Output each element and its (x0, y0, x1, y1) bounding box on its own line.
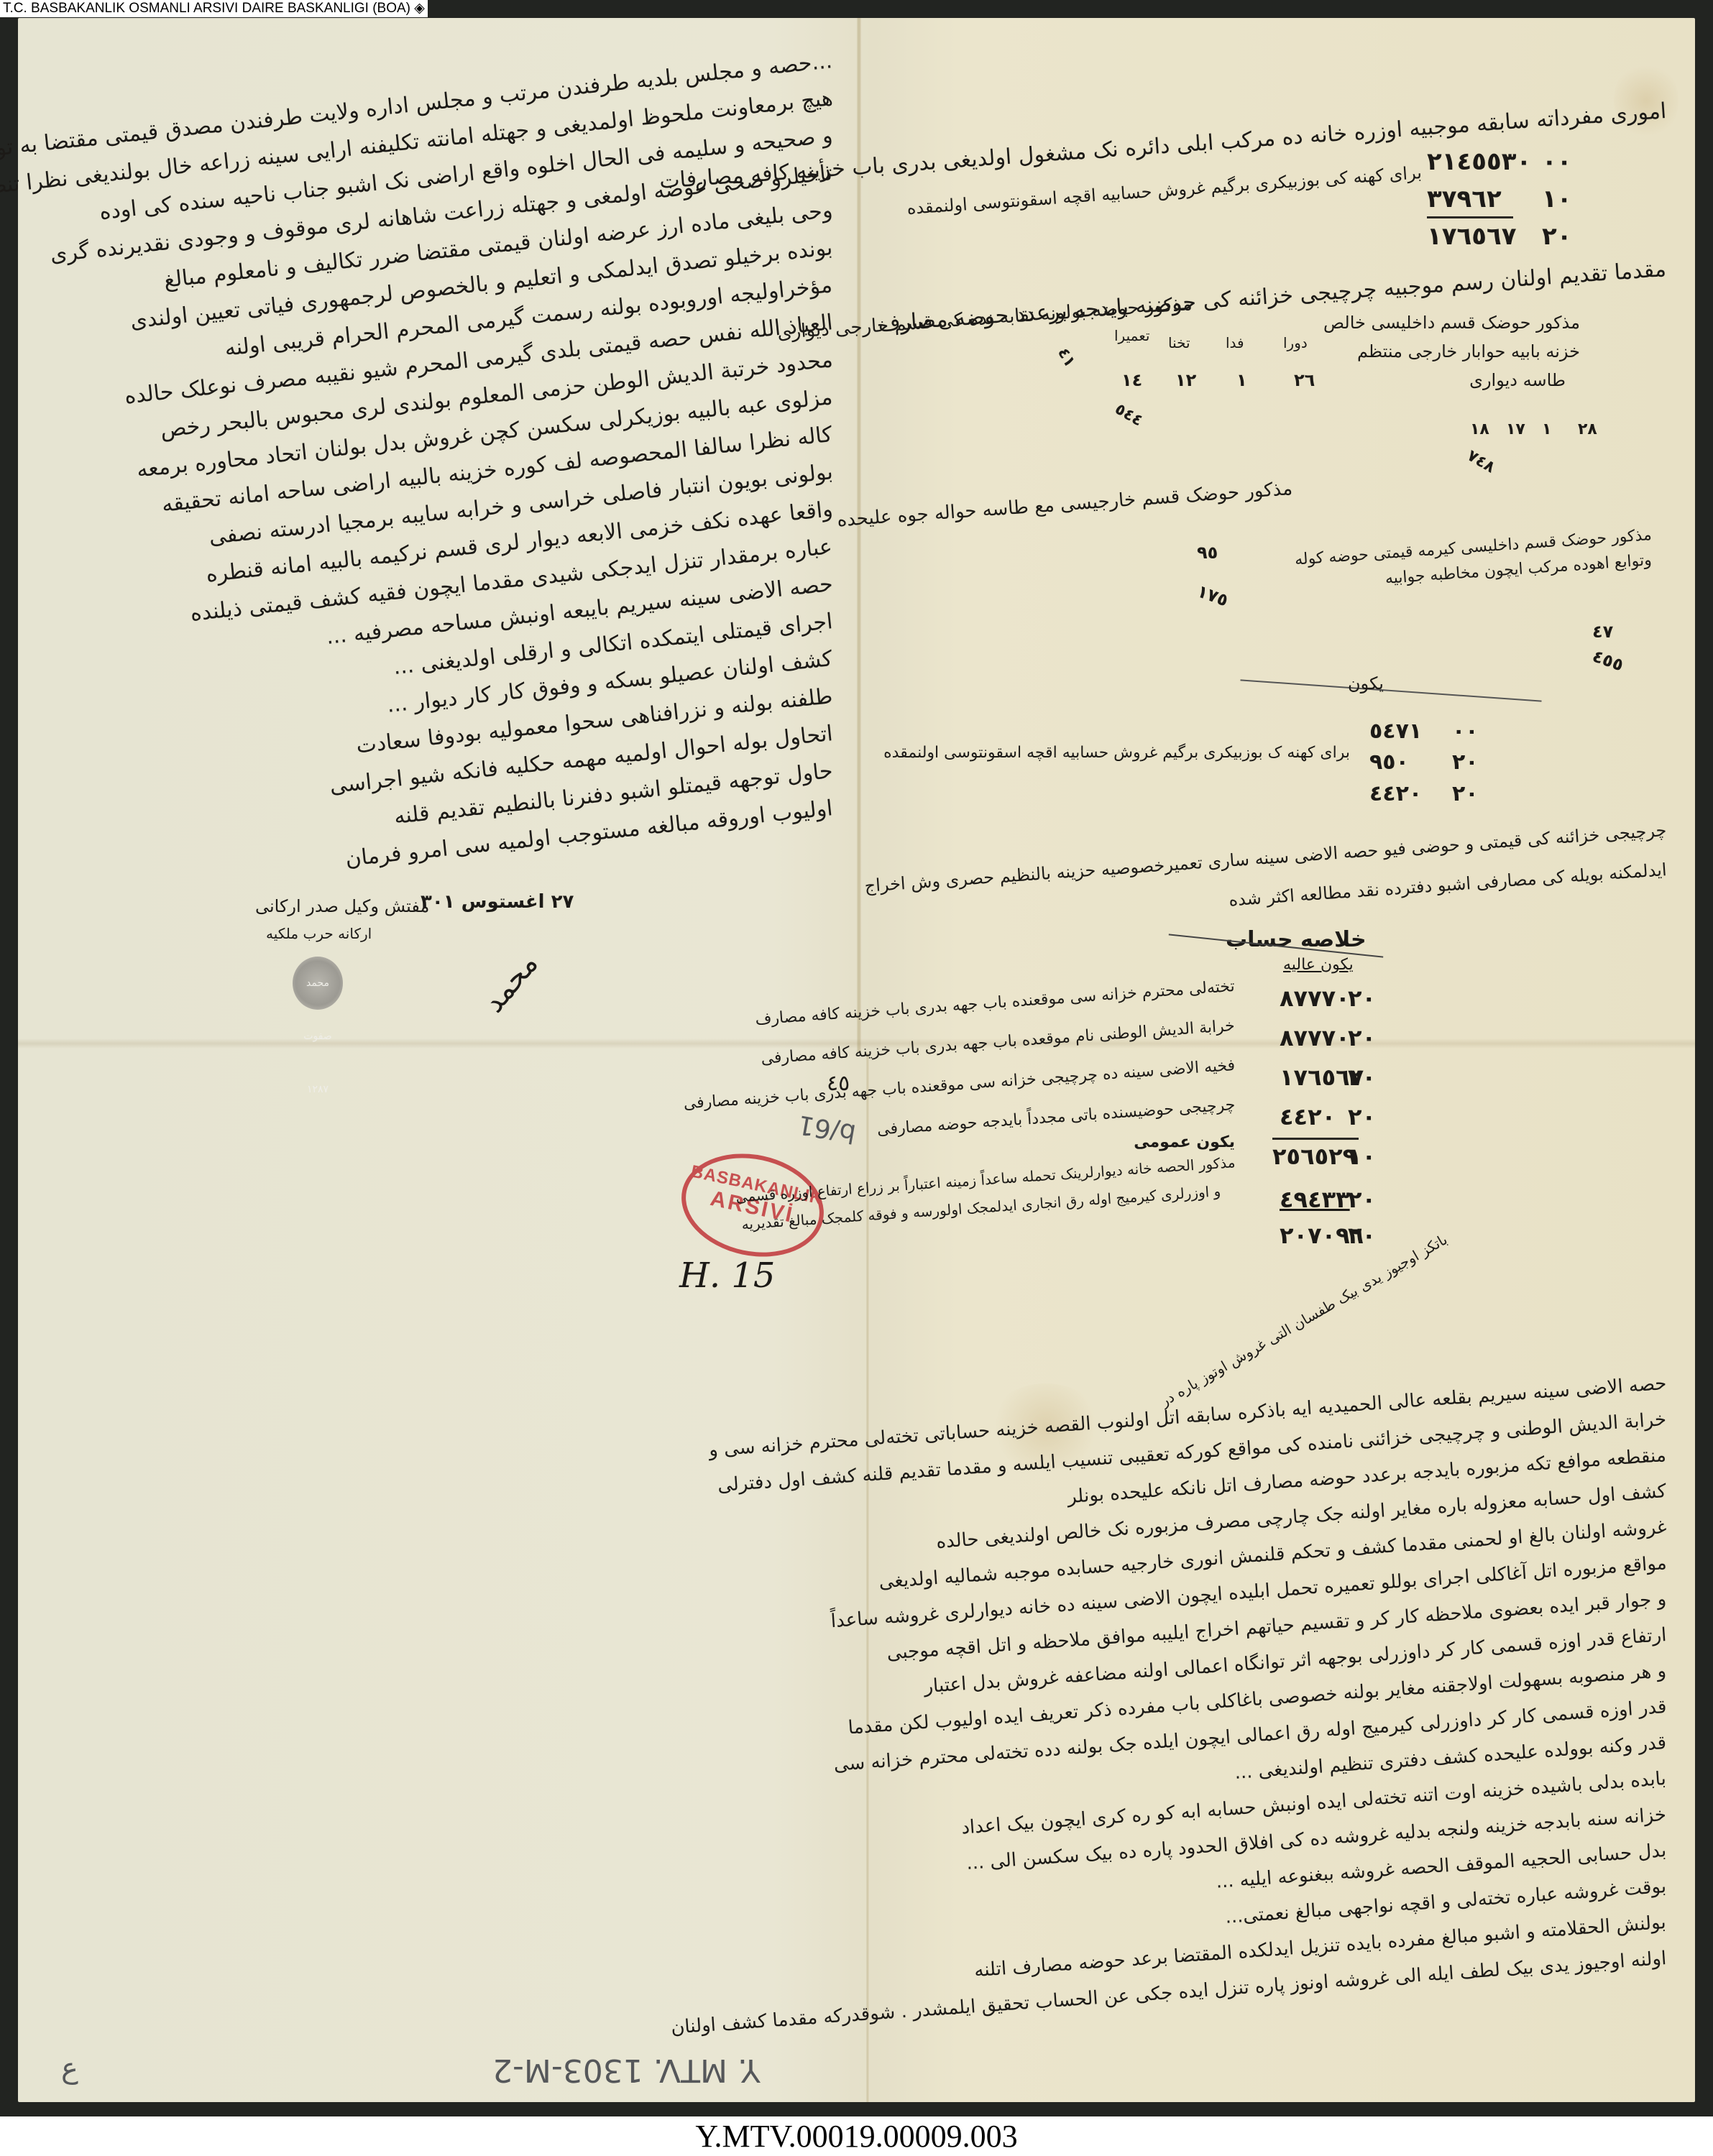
date-line: ٢٧ اغستوس ٣٠١ (421, 891, 574, 913)
summary-deduction-para: ٢٠ (1348, 1186, 1376, 1213)
summary-subheading: یکون عالیه (1283, 956, 1354, 974)
summary-total-label: یکون عمومی (1134, 1133, 1235, 1151)
measurements-2: ٢٨ ١ ١٧ ١٨ ٧٤٨ (1427, 392, 1643, 478)
summary-deduction-kurus: ٤٩٤٣٣ (1280, 1186, 1350, 1213)
summary-para: ٢٠ (1348, 1103, 1376, 1130)
measure-value: ٤٧ (1592, 622, 1613, 642)
measure-label: فدا (1226, 334, 1244, 351)
total-para: ٢٠ (1452, 750, 1479, 775)
summary-kurus: ٤٤٢٠ (1280, 1103, 1336, 1130)
side-note-line: مذکور حوضک قسم داخلیسی خالص (1323, 313, 1580, 333)
measure-value: ٤١ (1054, 345, 1079, 371)
measure-value: ٩٥ (1197, 543, 1218, 563)
total-kurus: ٤٤٢٠ (1369, 781, 1422, 806)
total-para: ٢٠ (1542, 222, 1572, 251)
upside-down-pencil-note: Y. MTV. 1303-M-2 (492, 2052, 761, 2088)
measure-value: ٢٨ (1578, 420, 1597, 438)
archive-red-stamp: BASBAKANLIK ARSİVİ (672, 1141, 834, 1270)
archive-header-label: T.C. BASBAKANLIK OSMANLI ARSIVI DAIRE BA… (0, 0, 428, 17)
closing-note: باتکز اوجیوز یدی بیک طفسان التی غروش اوت… (1157, 1230, 1451, 1409)
summary-desc: چرچیجی حوضیسنده باتی مجدداً بایدجه حوضه … (876, 1096, 1236, 1139)
total-kurus: ٩٥٠ (1369, 750, 1409, 775)
total-kurus: ٥٤٧١ (1369, 719, 1422, 744)
signer-title: مفتش وکیل صدر ارکانی (255, 896, 429, 916)
sum-rule (1427, 216, 1513, 218)
measure-value: ١ (1236, 370, 1247, 390)
measure-value: ١٢ (1175, 370, 1196, 390)
signature: محمد (477, 947, 545, 1019)
heading-rule (1240, 679, 1541, 701)
personal-seal: محمد صفوت ۱۲۸۷ (293, 957, 343, 1010)
document-paper: ...حصه و مجلس بلدیه طرفندن مرتب و مجلس ا… (18, 18, 1695, 2102)
measure-value: ١٤ (1121, 370, 1142, 390)
total-kurus: ٢١٤٥٥٣٠ (1427, 147, 1531, 176)
total-para: ٠٠ (1542, 147, 1572, 176)
signer-title-2: ارکانه حرب ملکیه (266, 925, 372, 942)
section-2-line: مذکور حوضک قسم خارجیسی مع طاسه حواله جوه… (836, 474, 1293, 535)
summary-para: ٢٠ (1348, 985, 1376, 1012)
measure-label: تعمیرا (1114, 327, 1149, 344)
side-note-line: خزنه بابیه حوابار خارجی منتظم (1357, 341, 1580, 361)
measure-label: تخنا (1168, 334, 1190, 351)
measure-value: ١٨ (1470, 420, 1489, 438)
measure-total: ٧٤٨ (1464, 447, 1497, 477)
measure-value: ١ (1542, 420, 1551, 438)
summary-para: ٢٠ (1348, 1024, 1376, 1051)
document-reference-code: Y.MTV.00019.00009.003 (0, 2116, 1713, 2156)
summary-total-kurus: ٢٥٦٥٢٩ (1272, 1143, 1356, 1170)
date-day: ٢٧ (551, 891, 574, 913)
measure-total: ١٧٥ (1195, 581, 1231, 610)
date-month: اغستوس (461, 891, 545, 913)
pencil-fraction-note: b/61 (796, 1109, 858, 1148)
scan-frame: ...حصه و مجلس بلدیه طرفندن مرتب و مجلس ا… (0, 0, 1713, 2116)
total-para: ٢٠ (1452, 781, 1479, 806)
summary-net-para: ٢٠ (1348, 1222, 1376, 1249)
sum-rule (1272, 1138, 1359, 1140)
second-totals-heading: یکون (1348, 673, 1384, 694)
corner-mark: ع (61, 2052, 78, 2085)
second-totals-note: برای کهنه ک بوزبیکری برگیم غروش حسابیه ا… (883, 744, 1350, 762)
measure-label: دورا (1283, 334, 1308, 351)
measure-value: ١٧ (1506, 420, 1525, 438)
measure-value: ٢٦ (1294, 370, 1315, 390)
total-para: ٠٠ (1452, 719, 1479, 744)
side-note-line: طاسه دیواری (1469, 370, 1566, 390)
total-kurus: ١٧٦٥٦٧ (1427, 222, 1517, 251)
date-year: ٣٠١ (421, 891, 455, 913)
measure-total: ٤٥٥ (1590, 645, 1627, 675)
summary-para: ٢٠ (1348, 1064, 1376, 1091)
summary-kurus: ٨٧٧٧٠ (1280, 1024, 1350, 1051)
summary-kurus: ٨٧٧٧٠ (1280, 985, 1350, 1012)
total-kurus: ٣٧٩٦٢ (1427, 185, 1502, 213)
summary-total-para: ١٠ (1348, 1143, 1376, 1170)
total-para: ١٠ (1542, 185, 1572, 213)
measurements-1: دورا ٢٦ فدا ١ تخنا ١٢ تعمیرا ١٤ ٤١ ٥٤٤ (1046, 334, 1348, 449)
measure-total: ٥٤٤ (1111, 400, 1145, 430)
pencil-note-h15: H. 15 (679, 1256, 775, 1296)
